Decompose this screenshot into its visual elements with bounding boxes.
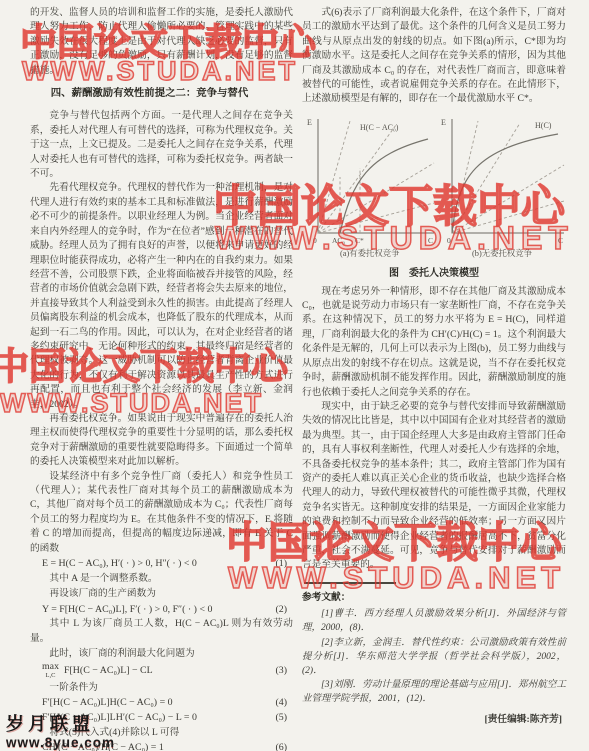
paragraph: 其中 L 为该厂商员工人数，H(C − AC₀)L 则为有效劳动量。 [30, 617, 293, 646]
reference-item: [2]李立新，金润圭．替代性约束：公司激励政策有效性前提分析[J]．华东师范大学… [302, 636, 566, 679]
panel-a-tick-ac0: AC₀ [332, 236, 345, 245]
equation-number: (2) [275, 603, 293, 617]
paragraph: 竞争与替代包括两个方面。一是代理人之间存在竞争关系，委托人对代理人有可替代的选择… [30, 109, 293, 181]
panel-a-effort-curve [340, 139, 428, 233]
left-column: 的开发、监督人员的培训和监督工作的实施，是委托人激励代理人努力工作、防止代理人偷… [30, 6, 293, 751]
panel-a-caption: (a)有委托权竞争 [340, 248, 400, 258]
equation-6: CH′(C − AC₀)/H(C − AC₀) = 1 (6) [30, 741, 293, 751]
reference-item: [3]刘刚．劳动计量原理的理论基础与应用[J]．郑州航空工业管理学院学报，200… [302, 678, 566, 706]
equation-5: F′[H(C − AC₀)L]LH′(C − AC₀) − L = 0 (5) [30, 711, 293, 725]
paragraph: 先看代理权竞争。代理权的替代作为一种治理机制，是对代理人进行有效约束的基本工具和… [30, 181, 293, 412]
panel-b-caption: (b)无委托权竞争 [472, 248, 533, 258]
panel-a-axes [318, 119, 434, 233]
reference-item: [1]曹丰．西方经理人员激励效果分析[J]．外国经济与管理，2000，(8)． [302, 607, 566, 635]
equation-body: F′[H(C − AC₀)L]LH′(C − AC₀) − L = 0 [42, 711, 197, 725]
paragraph: 现在考虑另外一种情形，即不存在其他厂商及其激励成本 C₀，也就是说劳动力市场只有… [302, 285, 566, 400]
decision-model-figure: E H(C − AC₀) 0 AC₀ C* C (a)有委托权竞争 E [302, 111, 566, 282]
panel-b-curve-label: H(C) [535, 121, 552, 130]
equation-number: (1) [275, 557, 293, 571]
paragraph: 此时，该厂商的利润最大化问题为 [30, 647, 293, 661]
equation-body: CH′(C − AC₀)/H(C − AC₀) = 1 [42, 741, 164, 751]
equation-body: F[H(C − AC₀)L] − CL [64, 664, 153, 678]
equation-1: E = H(C − AC₀), H′( · ) > 0, H″( · ) < 0… [30, 557, 293, 571]
panel-b-y-axis-label: E [441, 118, 446, 127]
panel-a-curve-label: H(C − AC₀) [360, 123, 399, 132]
panel-a-tick-cstar: C* [355, 236, 364, 245]
max-operator: max L,C [42, 663, 59, 680]
panel-a-rays [318, 121, 434, 233]
equation-3: max L,C F[H(C − AC₀)L] − CL (3) [30, 663, 293, 680]
paragraph: 其中 A 是一个调整系数。 [30, 572, 293, 586]
footnote-rule [304, 582, 396, 584]
paragraph: 式(6)表示了厂商利润最大化条件，在这个条件下，厂商对员工的激励水平达到了最优。… [302, 6, 566, 107]
paragraph: 设某经济中有多个竞争性厂商（委托人）和竞争性员工（代理人）；某代表性厂商对其每个… [30, 470, 293, 556]
max-subscript: L,C [46, 672, 56, 680]
figure-plot: E H(C − AC₀) 0 AC₀ C* C (a)有委托权竞争 E [302, 111, 566, 261]
figure-caption: 图 委托人决策模型 [302, 267, 566, 281]
equation-body: Y = F[H(C − AC₀)L], F′( · ) > 0, F″( · )… [42, 603, 212, 617]
panel-b-origin-label: 0 [447, 236, 451, 245]
scanned-paper-page: 的开发、监督人员的培训和监督工作的实施，是委托人激励代理人努力工作、防止代理人偷… [0, 0, 589, 751]
paragraph: 再设该厂商的生产函数为 [30, 587, 293, 601]
equation-number: (6) [275, 741, 293, 751]
references-heading: 参考文献： [302, 591, 566, 605]
panel-b-x-axis-label: C [558, 236, 563, 245]
equation-2: Y = F[H(C − AC₀)L], F′( · ) > 0, F″( · )… [30, 603, 293, 617]
paragraph: 将式(5)代入式(4)并除以 L 可得 [30, 726, 293, 740]
equation-number: (3) [275, 664, 293, 678]
section-heading: 四、薪酬激励有效性前提之二：竞争与替代 [30, 87, 293, 101]
equation-body: E = H(C − AC₀), H′( · ) > 0, H″( · ) < 0 [42, 557, 197, 571]
equation-body: F′[H(C − AC₀)L]H(C − AC₀) = 0 [42, 696, 173, 710]
equation-number: (5) [275, 711, 293, 725]
paragraph: 现实中，由于缺乏必要的竞争与替代安排而导致薪酬激励失效的情况比比皆是，其中以中国… [302, 400, 566, 573]
paragraph: 再看委托权竞争。如果说由于现实中普遍存在的委托人治理主权而使得代理权竞争的重要性… [30, 412, 293, 470]
equation-4: F′[H(C − AC₀)L]H(C − AC₀) = 0 (4) [30, 696, 293, 710]
right-column: 式(6)表示了厂商利润最大化条件，在这个条件下，厂商对员工的激励水平达到了最优。… [302, 6, 566, 737]
max-label: max [42, 663, 59, 671]
editor-note: [责任编辑:陈齐芳] [302, 713, 566, 727]
panel-a-origin-label: 0 [313, 236, 317, 245]
paragraph: 一阶条件为 [30, 681, 293, 695]
paragraph-continuation: 的开发、监督人员的培训和监督工作的实施，是委托人激励代理人努力工作、防止代理人偷… [30, 6, 293, 78]
panel-a-y-axis-label: E [307, 118, 312, 127]
panel-a-x-axis-label: C [428, 236, 433, 245]
equation-number: (4) [275, 696, 293, 710]
